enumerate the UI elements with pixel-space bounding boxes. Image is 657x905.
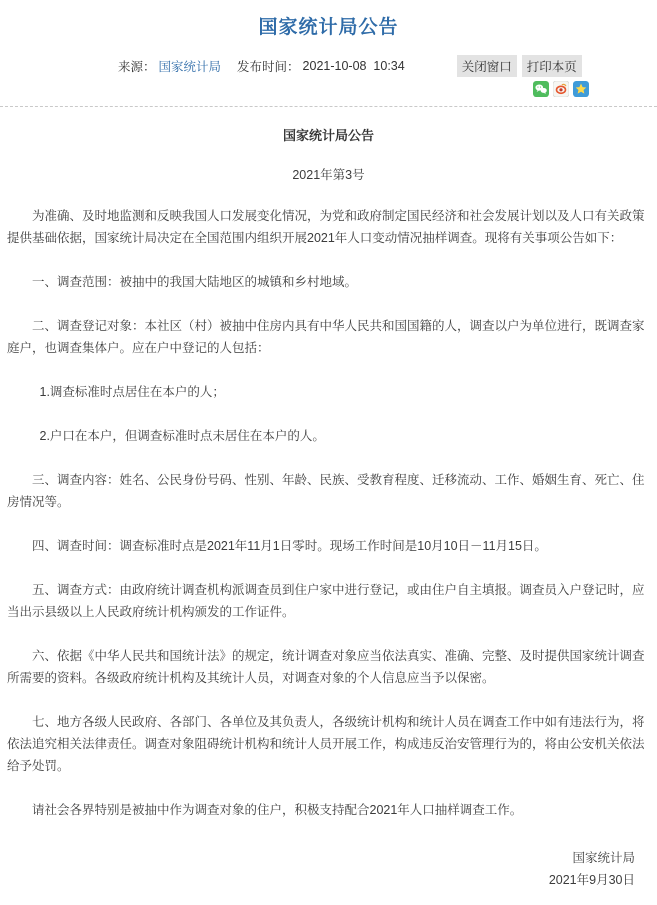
article-body: 国家统计局公告 2021年第3号 为准确、及时地监测和反映我国人口发展变化情况，… [0, 125, 657, 905]
article-paragraph: 请社会各界特别是被抽中作为调查对象的住户，积极支持配合2021年人口抽样调查工作… [7, 799, 650, 821]
article-paragraph: 五、调查方式：由政府统计调查机构派调查员到住户家中进行登记，或由住户自主填报。调… [7, 579, 650, 623]
article-paragraph: 七、地方各级人民政府、各部门、各单位及其负责人，各级统计机构和统计人员在调查工作… [7, 711, 650, 777]
article-paragraph: 为准确、及时地监测和反映我国人口发展变化情况，为党和政府制定国民经济和社会发展计… [7, 205, 650, 249]
announcement-page: 国家统计局公告 来源： 国家统计局 发布时间： 2021-10-08 10:34… [0, 0, 657, 905]
article-paragraphs: 为准确、及时地监测和反映我国人口发展变化情况，为党和政府制定国民经济和社会发展计… [7, 205, 650, 821]
source-link[interactable]: 国家统计局 [159, 57, 222, 75]
wechat-share-icon[interactable] [533, 81, 549, 97]
article-doc-number: 2021年第3号 [7, 165, 650, 183]
signature-name: 国家统计局 [7, 847, 635, 869]
publish-time-label: 发布时间： [237, 57, 300, 75]
favorite-star-icon[interactable] [573, 81, 589, 97]
weibo-share-icon[interactable] [553, 81, 569, 97]
article-meta-row: 来源： 国家统计局 发布时间： 2021-10-08 10:34 关闭窗口 打印… [0, 55, 657, 77]
article-paragraph: 三、调查内容：姓名、公民身份号码、性别、年龄、民族、受教育程度、迁移流动、工作、… [7, 469, 650, 513]
share-icons-row [0, 80, 657, 98]
close-window-button[interactable]: 关闭窗口 [457, 55, 517, 77]
article-paragraph: 一、调查范围：被抽中的我国大陆地区的城镇和乡村地域。 [7, 271, 650, 293]
signature-block: 国家统计局 2021年9月30日 [7, 847, 650, 905]
article-paragraph: 四、调查时间：调查标准时点是2021年11月1日零时。现场工作时间是10月10日… [7, 535, 650, 557]
article-list-item: 1.调查标准时点居住在本户的人； [7, 381, 650, 403]
source-label: 来源： [118, 57, 156, 75]
publish-time-value: 2021-10-08 10:34 [303, 59, 405, 73]
page-title: 国家统计局公告 [0, 12, 657, 39]
signature-date: 2021年9月30日 [7, 869, 635, 891]
article-paragraph: 六、依据《中华人民共和国统计法》的规定，统计调查对象应当依法真实、准确、完整、及… [7, 645, 650, 689]
print-page-button[interactable]: 打印本页 [522, 55, 582, 77]
header-divider [0, 106, 657, 107]
article-paragraph: 二、调查登记对象：本社区（村）被抽中住房内具有中华人民共和国国籍的人，调查以户为… [7, 315, 650, 359]
article-list-item: 2.户口在本户，但调查标准时点未居住在本户的人。 [7, 425, 650, 447]
article-title: 国家统计局公告 [7, 125, 650, 144]
